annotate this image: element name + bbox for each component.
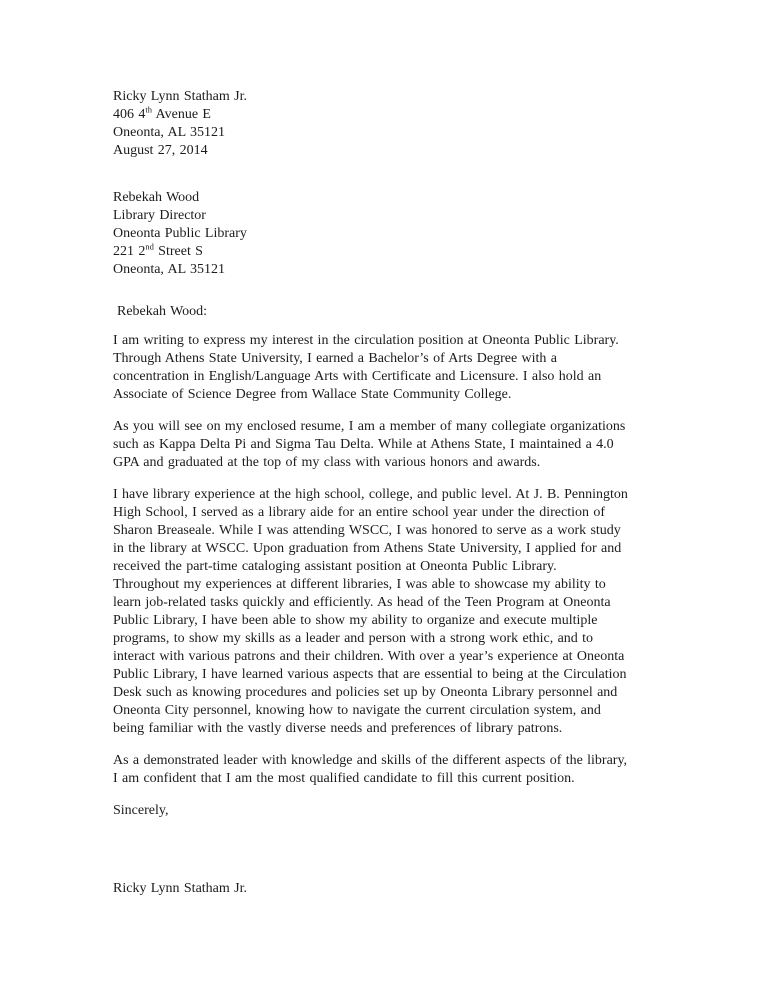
body-paragraph-4: As a demonstrated leader with knowledge … <box>113 752 670 788</box>
salutation: Rebekah Wood: <box>113 303 670 321</box>
recipient-name: Rebekah Wood <box>113 189 670 207</box>
sender-street-address: 406 4th Avenue E <box>113 106 670 124</box>
sender-street-number: 406 4 <box>113 107 145 122</box>
recipient-street-name: Street S <box>154 244 203 259</box>
sender-street-ordinal: th <box>145 104 152 114</box>
recipient-street-number: 221 2 <box>113 244 145 259</box>
signature-name: Ricky Lynn Statham Jr. <box>113 880 670 898</box>
sender-street-name: Avenue E <box>152 107 211 122</box>
body-paragraph-1: I am writing to express my interest in t… <box>113 332 670 404</box>
body-paragraph-3: I have library experience at the high sc… <box>113 486 670 738</box>
recipient-street-ordinal: nd <box>145 241 154 251</box>
recipient-street-address: 221 2nd Street S <box>113 243 670 261</box>
sender-block: Ricky Lynn Statham Jr. 406 4th Avenue E … <box>113 88 670 160</box>
recipient-title: Library Director <box>113 207 670 225</box>
recipient-block: Rebekah Wood Library Director Oneonta Pu… <box>113 189 670 279</box>
sender-city-state-zip: Oneonta, AL 35121 <box>113 124 670 142</box>
recipient-city-state-zip: Oneonta, AL 35121 <box>113 261 670 279</box>
closing: Sincerely, <box>113 802 670 820</box>
recipient-organization: Oneonta Public Library <box>113 225 670 243</box>
sender-name: Ricky Lynn Statham Jr. <box>113 88 670 106</box>
letter-date: August 27, 2014 <box>113 142 670 160</box>
letter-page: Ricky Lynn Statham Jr. 406 4th Avenue E … <box>0 0 768 994</box>
body-paragraph-2: As you will see on my enclosed resume, I… <box>113 418 670 472</box>
